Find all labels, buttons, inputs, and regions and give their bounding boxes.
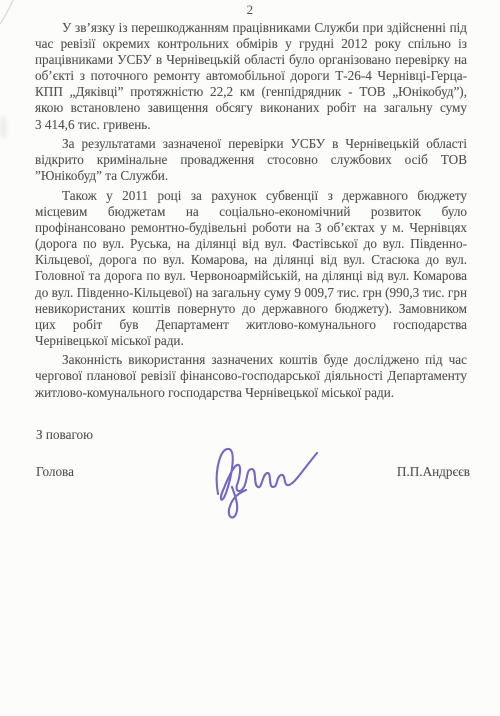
closing-salutation: З повагою bbox=[36, 427, 93, 443]
letter-body: У зв’язку із перешкоджанням працівниками… bbox=[35, 20, 467, 404]
body-paragraph: Також у 2011 році за рахунок субвенції з… bbox=[35, 188, 467, 349]
signer-name: П.П.Андрєєв bbox=[397, 464, 470, 480]
signature-icon bbox=[203, 438, 325, 522]
scan-artifact-smudge bbox=[0, 116, 7, 138]
body-paragraph: За результатами зазначеної перевірки УСБ… bbox=[35, 136, 467, 184]
body-paragraph: У зв’язку із перешкоджанням працівниками… bbox=[35, 20, 467, 133]
signer-title: Голова bbox=[36, 464, 74, 480]
body-paragraph: Законність використання зазначених кошті… bbox=[35, 352, 467, 400]
document-page: 2 У зв’язку із перешкоджанням працівника… bbox=[0, 0, 500, 716]
page-number: 2 bbox=[0, 2, 500, 18]
